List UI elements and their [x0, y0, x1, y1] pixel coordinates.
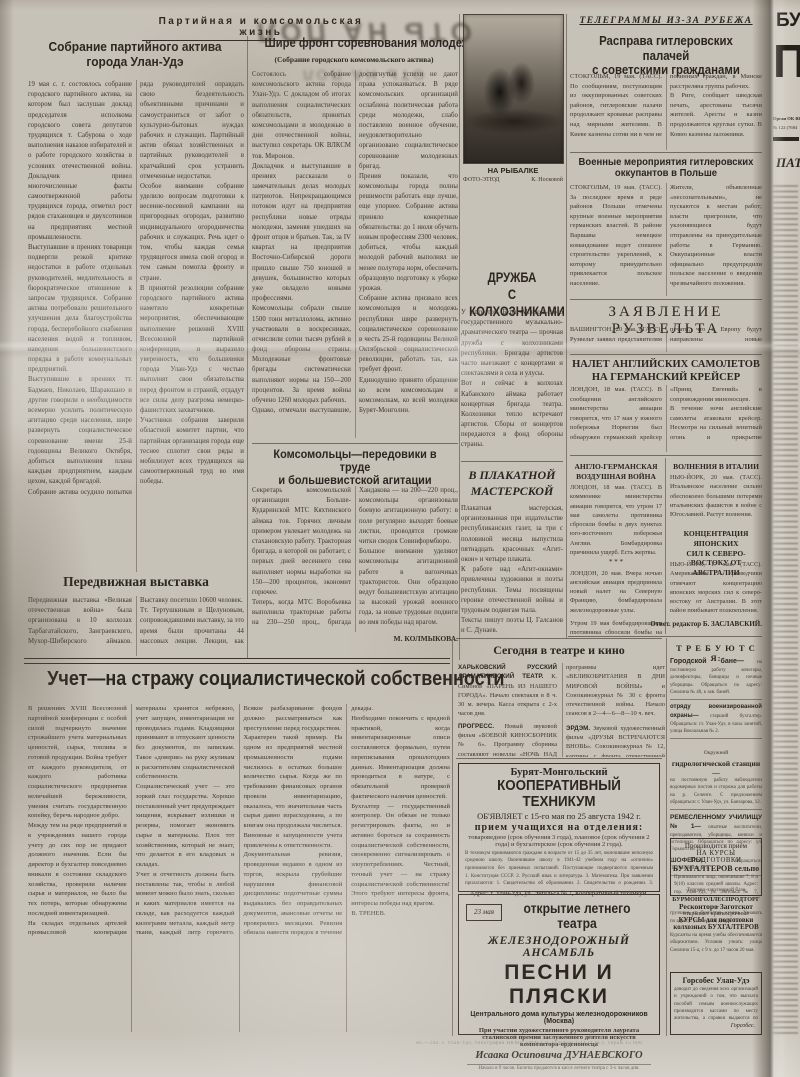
column-divider	[452, 640, 453, 1036]
telegram-anglo-p2: ЛОНДОН, 20 мая. Вчера ночью английская а…	[570, 569, 662, 615]
ad-cooperative-technikum: Бурят-Монгольский КООПЕРАТИВНЫЙ ТЕХНИКУМ…	[458, 763, 660, 892]
cinema-venue-erdem: ЭРДЭМ.	[566, 725, 590, 732]
ad-summer-opening: открытие летнего театра	[503, 901, 651, 931]
asterisk-separator: * * *	[570, 557, 662, 568]
article-uchet-title: Учет—на стражу социалистической собствен…	[47, 668, 429, 690]
adjacent-masthead-letter: П	[773, 34, 800, 88]
telegram-anglo-title-line2: ВОЗДУШНАЯ ВОЙНА	[570, 472, 662, 482]
ad-summer-theater: 23 мая открытие летнего театра ЖЕЛЕЗНОДО…	[458, 894, 660, 1035]
article-plakat-title-line1: В ПЛАКАТНОЙ	[461, 468, 563, 484]
divider	[570, 354, 762, 355]
ad-ensemble-name: ЖЕЛЕЗНОДОРОЖНЫЙ АНСАМБЛЬ	[459, 935, 659, 959]
adjacent-issue-number: № 122 (7684	[773, 125, 797, 130]
ink-bleedthrough: ОТЬ НА ПОЛ	[251, 16, 473, 47]
column-divider	[459, 14, 460, 660]
theater-heading: Сегодня в театре и кино	[456, 643, 662, 658]
ad-zagotskot-line4: колхозных БУХГАЛТЕРОВ	[670, 924, 762, 931]
article-shire-subtitle: (Собрание городского комсомольского акти…	[250, 55, 458, 64]
ad-summer-showtime: Начало в 9 часов. Билеты продаются в кас…	[467, 1064, 651, 1071]
cinema-progress-continued: программы идет «ВЕЛИКОБРИТАНИЯ В ДНИ МИР…	[566, 663, 665, 719]
telegram-nalet-body: ЛОНДОН, 18 мая. (ТАСС). В сообщении англ…	[570, 385, 762, 452]
editor-signature: Ответ. редактор Б. ЗАСЛАВСКИЙ.	[640, 620, 762, 628]
divider	[252, 443, 458, 444]
ad-technikum-dates: ОБ'ЯВЛЯЕТ с 15-го мая по 25 августа 1942…	[459, 811, 659, 821]
divider	[461, 461, 563, 462]
divider	[570, 299, 762, 300]
article-shire-body: Состоялось собрание комсомольского актив…	[252, 70, 458, 438]
ink-bleedthrough-2: ОТЬ НА ПОЛ	[299, 66, 424, 83]
classified-hydro-lead: гидрологической станции—	[670, 759, 762, 777]
newspaper-page: ОТЬ НА ПОЛ ОТЬ НА ПОЛ Партийная и комсом…	[0, 0, 800, 1077]
ad-courses-text: Принимаются лица, окончившие 7, 8 и 9(10…	[671, 873, 761, 897]
ad-summer-date-badge: 23 мая	[466, 904, 502, 921]
telegram-nalet-title-line1: НАЛЕТ АНГЛИЙСКИХ САМОЛЕТОВ	[570, 358, 762, 371]
ad-gorsobes: Горсобес Улан-Удэ доводит до сведения вс…	[670, 972, 762, 1035]
divider	[570, 152, 762, 153]
telegram-voennye-title-line1: Военные мероприятия гитлеровских	[575, 157, 757, 168]
classified-hydro-text: на постоянную работу наблюдатели водомер…	[670, 777, 762, 806]
ad-ensemble-song-dance: ПЕСНИ И ПЛЯСКИ	[459, 961, 659, 1009]
ad-ensemble-org: Центрального дома культуры железнодорожн…	[459, 1011, 659, 1025]
ad-technikum-exams: 1. Конституция СССР. 2. Русский язык и л…	[459, 873, 659, 888]
telegram-anglo-title-line1: АНГЛО-ГЕРМАНСКАЯ	[570, 462, 662, 472]
divider	[456, 758, 662, 759]
article-komsomolcy-title-line1: Комсомольцы—передовики в труде	[257, 449, 453, 475]
adjacent-organ-line: Орган ОК ВК	[773, 116, 800, 121]
ad-courses-line1: Производится прием	[671, 842, 761, 850]
article-komsomolcy-signature: М. КОЛМЫКОВА.	[340, 634, 458, 643]
ad-courses-line2: НА КУРСЫ ПОДГОТОВКИ	[671, 850, 761, 864]
column-divider	[665, 458, 666, 634]
classified-bathhouse-text: на постоянную работу кочегары, дезинфект…	[670, 660, 762, 695]
telegram-rasprava-body: СТОКГОЛЬМ, 19 мая. (ТАСС). По сообщениям…	[570, 72, 762, 150]
classified-bathhouse-lead: Городской бане—	[670, 658, 744, 665]
article-druzhba-body: У артистов Бурят-Монгольского государств…	[461, 308, 563, 458]
ad-gorsobes-text: доводит до сведения всех организаций и у…	[671, 985, 761, 1023]
section-kicker-telegrams: ТЕЛЕГРАММЫ ИЗ-ЗА РУБЕЖА	[570, 16, 762, 26]
divider	[568, 636, 762, 637]
article-plakat-title-line2: МАСТЕРСКОЙ	[461, 484, 563, 500]
ad-zagotskot-line3: КУРСЫ для подготовки	[670, 917, 762, 924]
ad-technikum-conditions: В техникум принимаются граждане в возрас…	[459, 849, 659, 873]
adjacent-rule	[773, 137, 799, 141]
article-vystavka-body: Передвижная выставка «Великая отечествен…	[28, 596, 244, 656]
article-sobranie-body: 19 мая с. г. состоялось собрание городск…	[28, 80, 244, 572]
ad-courses-line3: БУХГАЛТЕРОВ сельпо	[671, 864, 761, 873]
telegram-volneniya-body: НЬЮ-ЙОРК, 20 мая. (ТАСС). Итальянское на…	[670, 473, 762, 525]
photo-fishing	[463, 14, 564, 164]
ad-zagotskot-text: Курсанты на время учебы обеспечиваются о…	[670, 932, 762, 958]
ad-accountant-courses: Производится прием НА КУРСЫ ПОДГОТОВКИ Б…	[670, 838, 762, 896]
cinema-venue-progress: ПРОГРЕСС.	[458, 723, 494, 730]
telegram-koncentraciya-title-line1: КОНЦЕНТРАЦИЯ ЯПОНСКИХ	[670, 529, 762, 549]
column-divider	[666, 638, 667, 1036]
photo-credit-label: ФОТО-ЭТЮД	[463, 177, 500, 183]
telegram-anglo-p1: ЛОНДОН, 18 мая. (ТАСС). В коммюнике мини…	[570, 483, 662, 557]
adjacent-page-text	[773, 185, 798, 1035]
ad-technikum-departments: товароведное (срок обучения 3 года), пла…	[459, 833, 659, 849]
article-komsomolcy-body: Секретарь комсомольской организации Боль…	[252, 486, 458, 632]
divider	[456, 638, 662, 639]
adjacent-page-strip: БУ П Орган ОК ВК № 122 (7684 ПАТ	[770, 0, 800, 1077]
theater-venue-kharkov: ХАРЬКОВСКИЙ РУССКИЙ ДРАМАТИЧЕСКИЙ ТЕАТР.	[458, 664, 557, 680]
article-druzhba-title-line1: ДРУЖБА	[469, 270, 555, 287]
telegram-volneniya-title: ВОЛНЕНИЯ В ИТАЛИИ	[670, 462, 762, 471]
article-uchet-body: В решениях ХVIII Всесоюзной партийной ко…	[28, 704, 450, 1032]
imprint-line: НС—244. г. Улан-Удэ, типография НКМП БМА…	[300, 1041, 760, 1046]
telegram-voennye-title-line2: оккупантов в Польше	[575, 168, 757, 179]
adjacent-masthead-fragment: БУ	[776, 10, 800, 32]
article-sobranie-title-line1: Собрание партийного актива	[35, 40, 236, 55]
ad-technikum-admission: прием учащихся на отделения:	[459, 822, 659, 833]
telegram-koncentraciya-body: НЬЮ-ЙОРК, 17 мая. (ТАСС). Американские р…	[670, 560, 762, 612]
article-plakat-body: Плакатная мастерская, организованная при…	[461, 504, 563, 654]
ad-dunaevsky-name: Исаака Осиповича ДУНАЕВСКОГО	[459, 1050, 659, 1061]
ad-technikum-line1: Бурят-Монгольский	[459, 767, 659, 778]
divider	[570, 455, 762, 456]
photo-credit-name: К. Носковой	[531, 177, 563, 183]
ad-gorsobes-signature: Горсобес.	[671, 1023, 761, 1029]
column-divider	[247, 36, 248, 658]
classified-hydro-pre: Окружной	[704, 750, 728, 756]
photo-caption: НА РЫБАЛКЕ	[463, 166, 563, 175]
ad-zagotskot-name: Ресконтора Заготскот	[670, 902, 762, 911]
telegram-voennye-body: СТОКГОЛЬМ, 19 мая. (ТАСС). За последнее …	[570, 183, 762, 296]
telegram-nalet-title-line2: НА ГЕРМАНСКИЙ КРЕЙСЕР	[570, 371, 762, 384]
telegram-rasprava-title-line1: Расправа гитлеровских палачей	[582, 34, 751, 63]
section-divider	[24, 658, 450, 664]
article-vystavka-title: Передвижная выставка	[28, 574, 244, 590]
adjacent-headline-fragment: ПАТ	[776, 155, 800, 171]
column-divider	[566, 14, 567, 638]
article-sobranie-title-line2: города Улан-Удэ	[35, 55, 236, 70]
ad-gorsobes-name: Горсобес Улан-Удэ	[671, 976, 761, 985]
ad-technikum-name: КООПЕРАТИВНЫЙ ТЕХНИКУМ	[467, 778, 651, 810]
telegram-zayavlenie-body: ВАШИНГТОН, 20 мая. (ТАСС). Рузвельт заяв…	[570, 325, 762, 352]
